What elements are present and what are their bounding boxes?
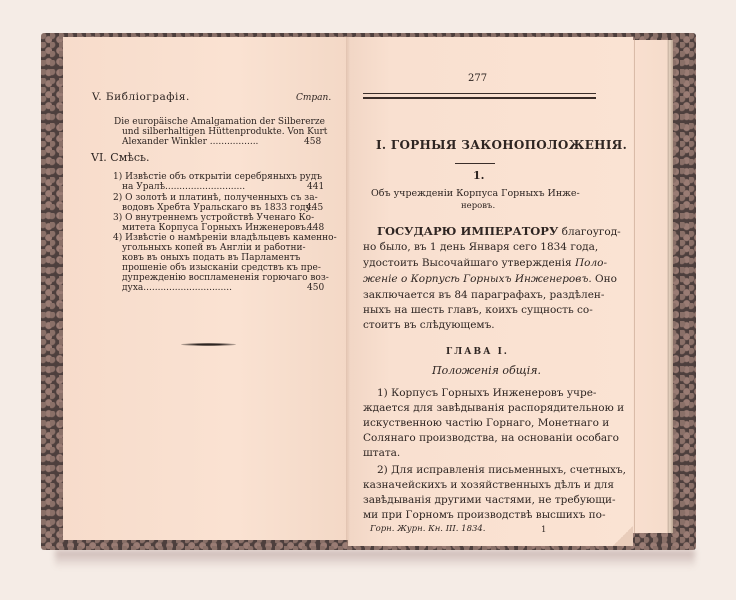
intro-text: . Оно	[588, 273, 617, 285]
page-edge-line	[634, 40, 635, 533]
intro-italic-text: Поло-	[575, 257, 607, 269]
intro-line: ныхъ на шесть главъ, коихъ сущность со-	[363, 303, 593, 318]
toc-page-number: 441	[307, 182, 324, 193]
glava-subtitle: Положенія общія.	[432, 365, 541, 376]
article-title-line: неровъ.	[461, 201, 495, 212]
page-column-label: Страп.	[296, 93, 331, 104]
page-stack-edge	[633, 40, 673, 533]
page-number: 277	[468, 73, 487, 84]
paragraph-line: штата.	[363, 446, 400, 461]
intro-italic-text: женіе о Корпусѣ Горныхъ Инженеровъ	[363, 273, 588, 285]
decorative-separator	[181, 343, 236, 346]
intro-bold-text: ГОСУДАРЮ ИМПЕРАТОРУ	[377, 224, 558, 238]
toc-page-number: 450	[307, 283, 324, 294]
page-corner	[613, 526, 633, 546]
intro-text: благоугод-	[558, 226, 620, 238]
toc-entry-line: на Уралѣ............................	[122, 182, 245, 193]
paragraph-line: завѣдыванія другими частями, не требующи…	[363, 493, 616, 508]
article-title-line: Объ учрежденіи Корпуса Горныхъ Инже-	[371, 188, 580, 199]
paragraph-line: искуственною частію Горнаго, Монетнаго и	[363, 416, 609, 431]
glava-heading: ГЛАВА I.	[446, 347, 509, 358]
section-vi-title: VI. Смѣсь.	[91, 152, 150, 163]
paragraph-line: 1) Корпусъ Горныхъ Инженеровъ учре-	[377, 386, 596, 401]
chapter-heading: I. ГОРНЫЯ ЗАКОНОПОЛОЖЕНІЯ.	[376, 140, 627, 151]
toc-entry-line: духа...............................	[122, 283, 232, 294]
toc-page-number: 458	[304, 137, 321, 148]
intro-line: но было, въ 1 день Января сего 1834 года…	[363, 240, 598, 255]
intro-text: удостоить Высочайшаго утвержденія	[363, 257, 575, 269]
paragraph-line: ми при Горномъ производствѣ высшихъ по-	[363, 508, 606, 523]
paragraph-line: казначейскихъ и хозяйственныхъ дѣлъ и дл…	[363, 478, 614, 493]
footer-sheet-number: 1	[541, 525, 546, 536]
book-shadow	[55, 550, 695, 568]
article-number: 1.	[473, 170, 484, 181]
short-rule	[455, 163, 495, 164]
intro-line: заключается въ 84 параграфахъ, раздѣлен-	[363, 288, 604, 303]
intro-line: стоитъ въ слѣдующемъ.	[363, 318, 495, 333]
paragraph-line: Солянаго производства, на основаніи особ…	[363, 431, 619, 446]
paragraph-line: ждается для завѣдыванія распорядительною…	[363, 401, 624, 416]
paragraph-line: 2) Для исправленія письменныхъ, счетныхъ…	[377, 463, 626, 478]
header-double-rule	[363, 93, 596, 99]
toc-entry-line: Alexander Winkler .................	[122, 137, 258, 148]
section-v-title: V. Библіографія.	[92, 92, 190, 103]
book-gutter	[346, 37, 350, 546]
footer-signature: Горн. Журн. Кн. III. 1834.	[370, 524, 486, 535]
